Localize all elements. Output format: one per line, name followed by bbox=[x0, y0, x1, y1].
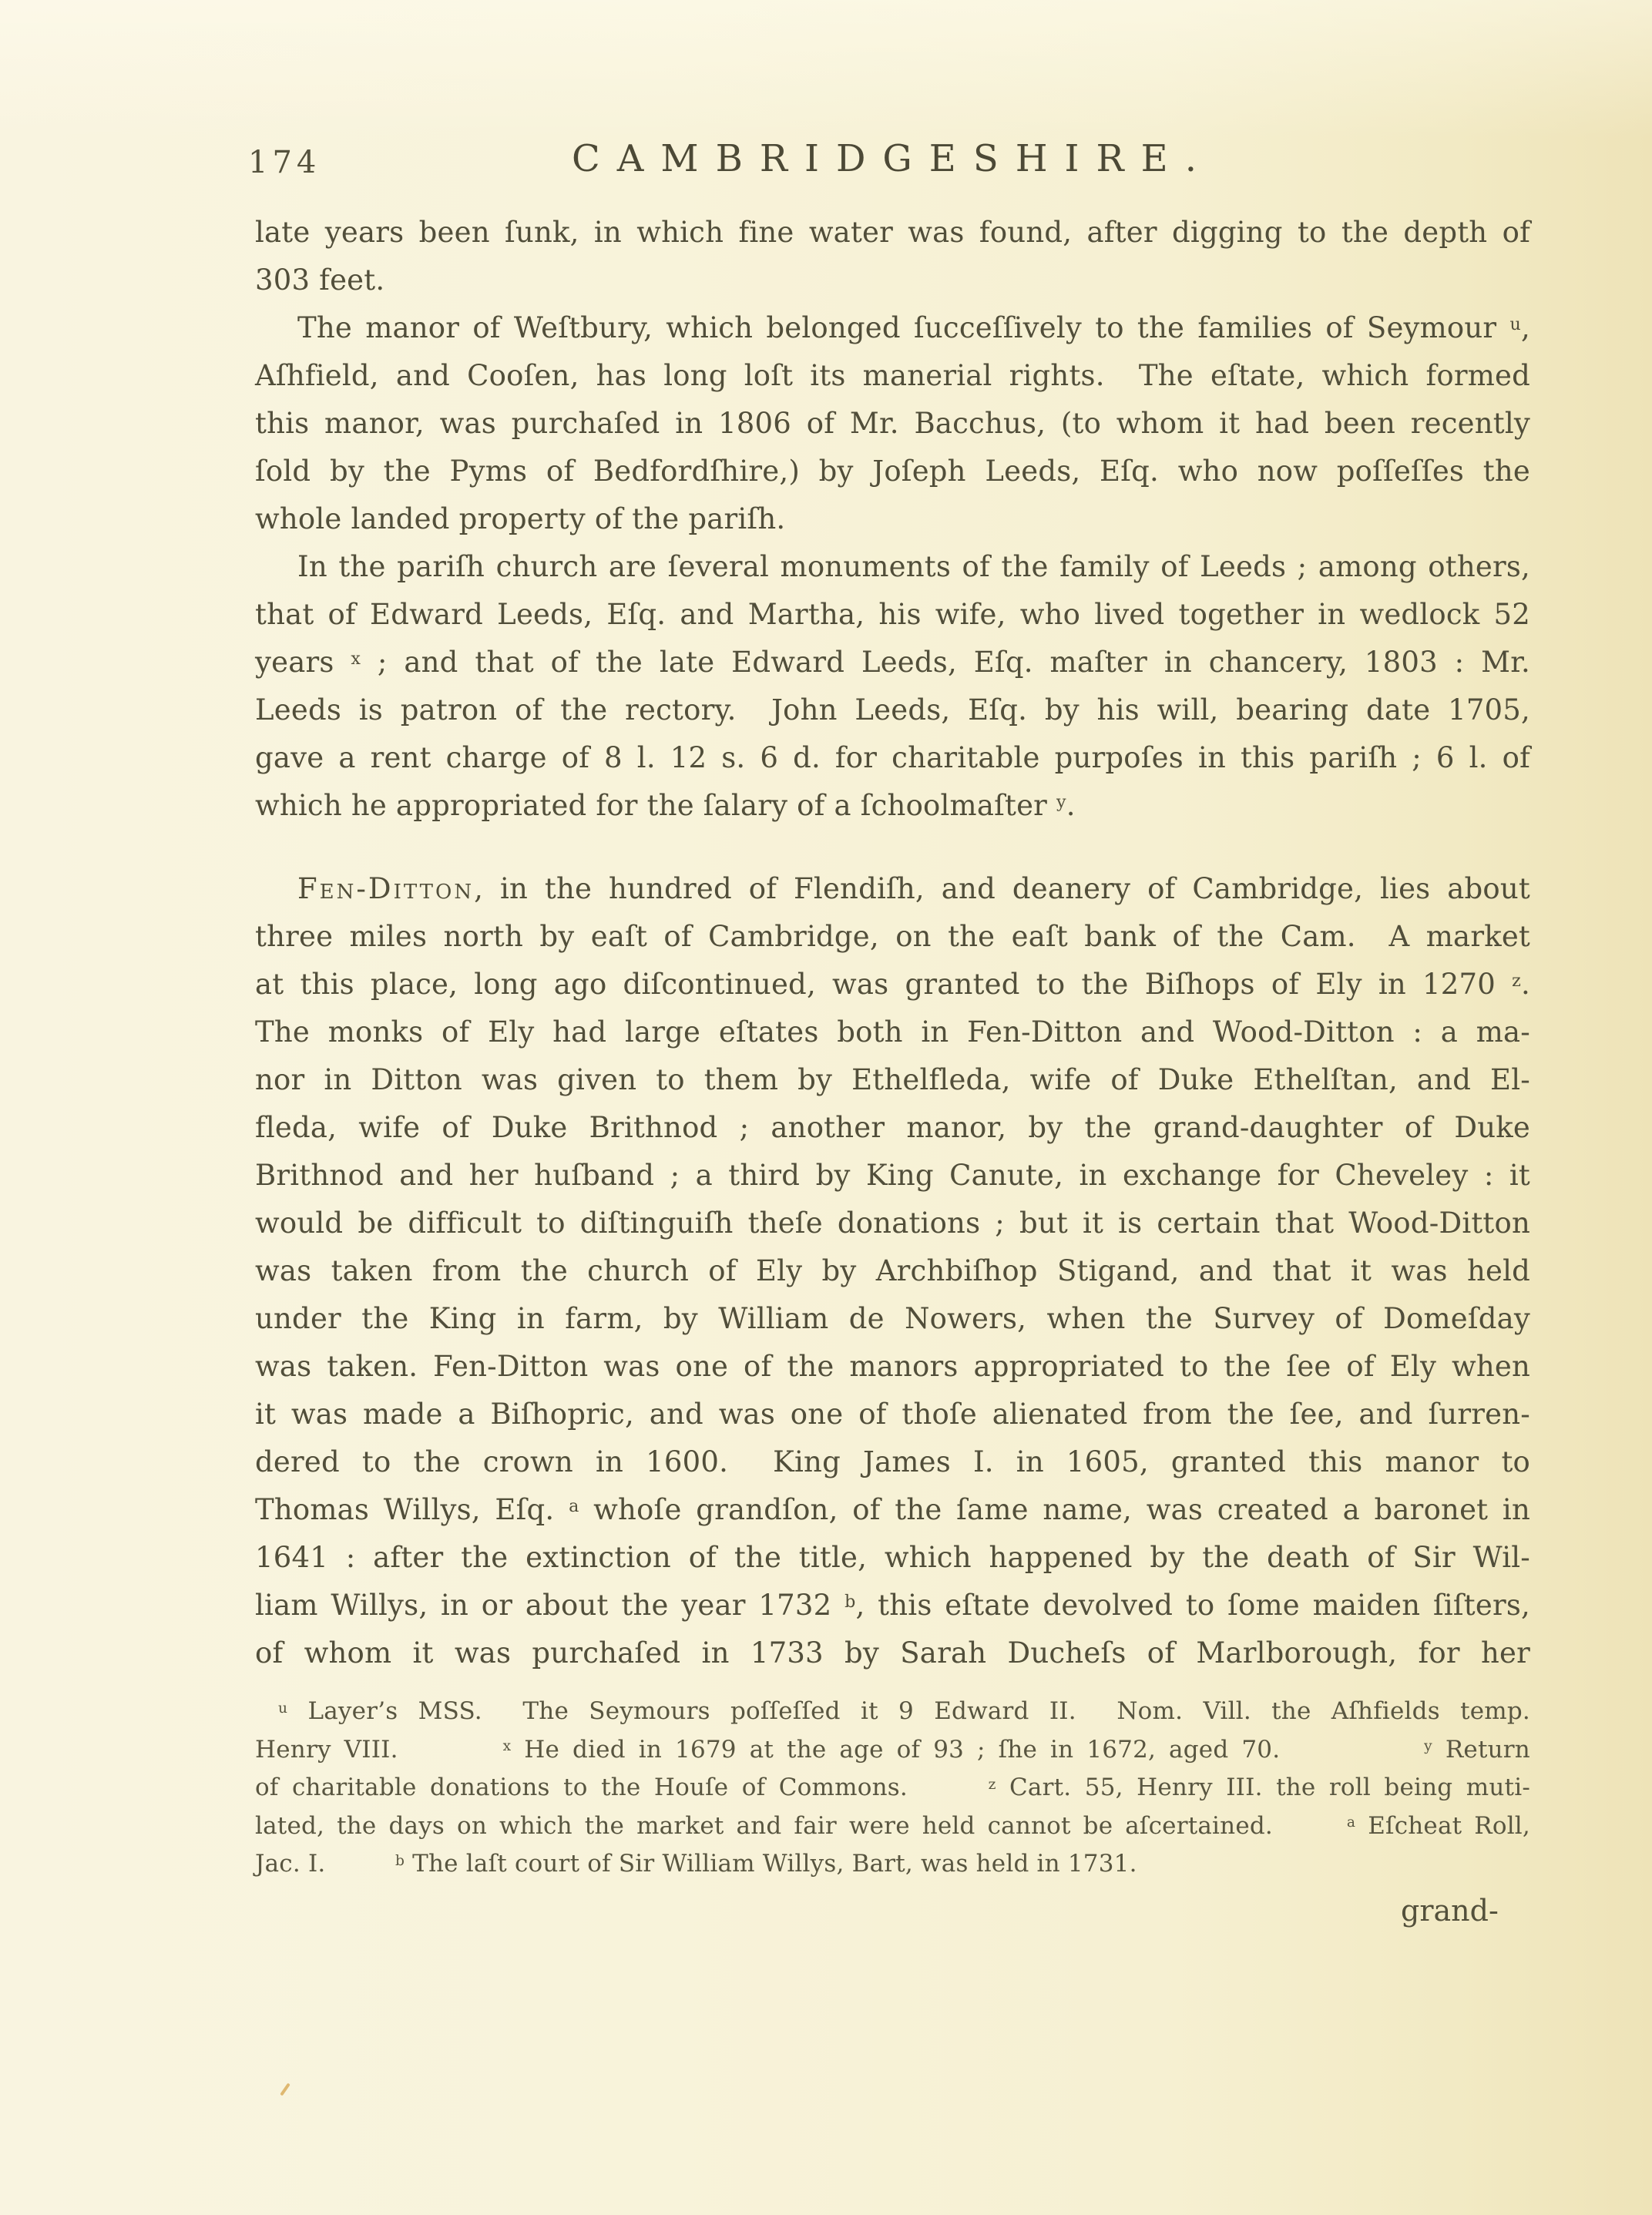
smallcaps-lead: Fen-Ditton bbox=[297, 872, 474, 905]
text-line: would be difficult to diſtinguiſh theſe … bbox=[255, 1200, 1530, 1247]
paragraph: late years been ſunk, in which fine wate… bbox=[255, 209, 1530, 304]
text-line: 303 feet. bbox=[255, 257, 1530, 304]
text-line: at this place, long ago diſcontinued, wa… bbox=[255, 961, 1530, 1008]
text-line: Leeds is patron of the rectory. John Lee… bbox=[255, 686, 1530, 734]
text-line: it was made a Biſhopric, and was one of … bbox=[255, 1391, 1530, 1438]
paragraph: u Layer’s MSS. The Seymours poſſeſſed it… bbox=[255, 1693, 1530, 1884]
book-page: 174 CAMBRIDGESHIRE. late years been ſunk… bbox=[0, 0, 1652, 2215]
text-line: was taken from the church of Ely by Arch… bbox=[255, 1247, 1530, 1295]
text-line: Henry VIII. x He died in 1679 at the age… bbox=[255, 1731, 1530, 1770]
text-line: this manor, was purchaſed in 1806 of Mr.… bbox=[255, 400, 1530, 448]
text-line: Brithnod and her huſband ; a third by Ki… bbox=[255, 1152, 1530, 1200]
text-line: which he appropriated for the ſalary of … bbox=[255, 782, 1530, 830]
text-line: ſold by the Pyms of Bedfordſhire,) by Jo… bbox=[255, 448, 1530, 495]
paragraph: Fen-Ditton, in the hundred of Flendiſh, … bbox=[255, 865, 1530, 1677]
text-line: was taken. Fen-Ditton was one of the man… bbox=[255, 1343, 1530, 1391]
text-line: 1641 : after the extinction of the title… bbox=[255, 1534, 1530, 1582]
paragraph: In the pariſh church are ſeveral monumen… bbox=[255, 543, 1530, 830]
catchword: grand- bbox=[1401, 1894, 1499, 1928]
paragraph: The manor of Weſtbury, which belonged ſu… bbox=[255, 304, 1530, 543]
text-line: In the pariſh church are ſeveral monumen… bbox=[255, 543, 1530, 591]
text-line: u Layer’s MSS. The Seymours poſſeſſed it… bbox=[255, 1693, 1530, 1731]
text-line: under the King in farm, by William de No… bbox=[255, 1295, 1530, 1343]
text-line: of whom it was purchaſed in 1733 by Sara… bbox=[255, 1629, 1530, 1677]
text-line: Thomas Willys, Eſq. a whoſe grandſon, of… bbox=[255, 1486, 1530, 1534]
text-line: late years been ſunk, in which fine wate… bbox=[255, 209, 1530, 257]
paper-speck bbox=[280, 2082, 290, 2096]
text-line: years x ; and that of the late Edward Le… bbox=[255, 639, 1530, 686]
text-line: nor in Ditton was given to them by Ethel… bbox=[255, 1056, 1530, 1104]
text-line: The monks of Ely had large eſtates both … bbox=[255, 1008, 1530, 1056]
text-line: whole landed property of the pariſh. bbox=[255, 495, 1530, 543]
text-line: of charitable donations to the Houſe of … bbox=[255, 1769, 1530, 1807]
text-line: Fen-Ditton, in the hundred of Flendiſh, … bbox=[255, 865, 1530, 913]
footnotes: u Layer’s MSS. The Seymours poſſeſſed it… bbox=[255, 1693, 1530, 1884]
text-line: liam Willys, in or about the year 1732 b… bbox=[255, 1582, 1530, 1629]
body-text: late years been ſunk, in which fine wate… bbox=[255, 209, 1530, 1677]
text-line: The manor of Weſtbury, which belonged ſu… bbox=[255, 304, 1530, 352]
running-header: CAMBRIDGESHIRE. bbox=[255, 137, 1530, 180]
text-line: that of Edward Leeds, Eſq. and Martha, h… bbox=[255, 591, 1530, 639]
text-line: fleda, wife of Duke Brithnod ; another m… bbox=[255, 1104, 1530, 1152]
text-line: Aſhfield, and Cooſen, has long loſt its … bbox=[255, 352, 1530, 400]
text-line: three miles north by eaſt of Cambridge, … bbox=[255, 913, 1530, 961]
text-line: Jac. I. b The laſt court of Sir William … bbox=[255, 1845, 1530, 1884]
text-line: lated, the days on which the market and … bbox=[255, 1807, 1530, 1846]
text-line: dered to the crown in 1600. King James I… bbox=[255, 1438, 1530, 1486]
text-line: gave a rent charge of 8 l. 12 s. 6 d. fo… bbox=[255, 734, 1530, 782]
